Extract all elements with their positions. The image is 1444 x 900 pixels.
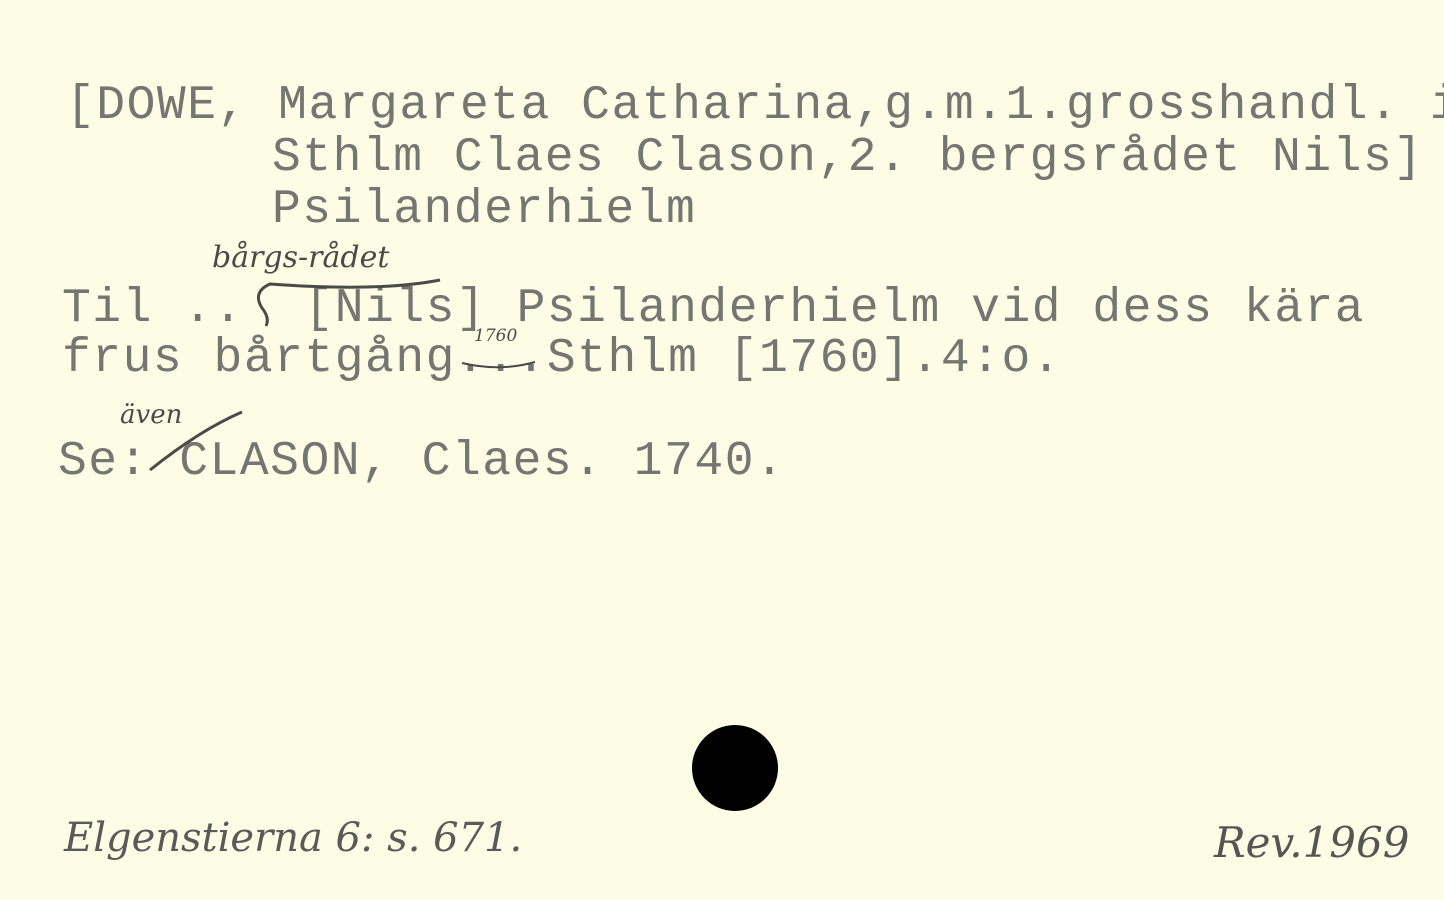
- insertion-caret-icon: [258, 280, 440, 326]
- insertion-slash-icon: [150, 412, 242, 470]
- catalog-card: [DOWE, Margareta Catharina,g.m.1.grossha…: [0, 0, 1444, 900]
- punch-hole: [692, 725, 778, 811]
